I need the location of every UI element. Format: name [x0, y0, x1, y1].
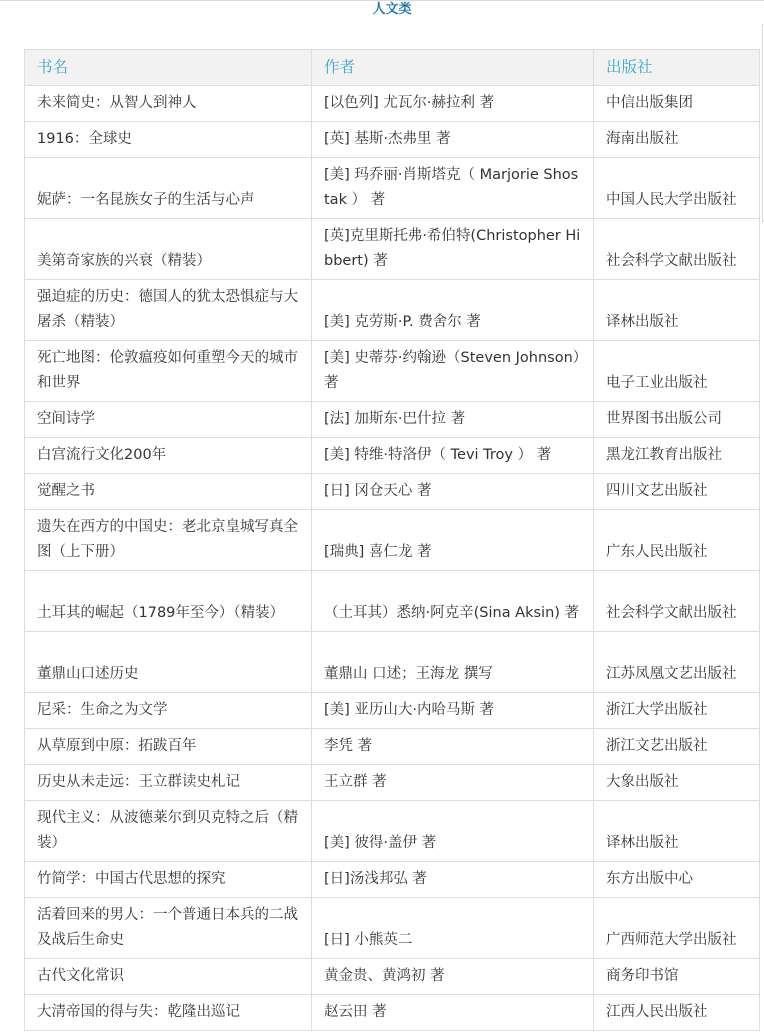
table-row: 从草原到中原：拓跋百年 李凭 著 浙江文艺出版社 [25, 729, 760, 765]
book-publisher: 译林出版社 [594, 280, 760, 341]
table-row: 古代文化常识 黄金贵、黄鸿初 著 商务印书馆 [25, 959, 760, 995]
book-author: [英] 基斯·杰弗里 著 [312, 122, 594, 158]
table-row: 尼采：生命之为文学 [美] 亚历山大·内哈马斯 著 浙江大学出版社 [25, 693, 760, 729]
header-title: 书名 [25, 50, 312, 86]
book-publisher: 商务印书馆 [594, 959, 760, 995]
book-publisher: 大象出版社 [594, 765, 760, 801]
table-row: 空间诗学 [法] 加斯东·巴什拉 著 世界图书出版公司 [25, 402, 760, 438]
book-title: 美第奇家族的兴衰（精装） [25, 219, 312, 280]
book-publisher: 黑龙江教育出版社 [594, 438, 760, 474]
table-row: 死亡地图：伦敦瘟疫如何重塑今天的城市和世界 [美] 史蒂芬·约翰逊（Steven… [25, 341, 760, 402]
book-title: 从草原到中原：拓跋百年 [25, 729, 312, 765]
section-title: 人文类 [0, 1, 764, 18]
book-author: [瑞典] 喜仁龙 著 [312, 510, 594, 571]
book-publisher: 浙江大学出版社 [594, 693, 760, 729]
book-publisher: 译林出版社 [594, 801, 760, 862]
book-title: 大清帝国的得与失：乾隆出巡记 [25, 995, 312, 1031]
book-publisher: 浙江文艺出版社 [594, 729, 760, 765]
book-author: 赵云田 著 [312, 995, 594, 1031]
book-title: 土耳其的崛起（1789年至今）（精装） [25, 571, 312, 632]
book-publisher: 电子工业出版社 [594, 341, 760, 402]
book-author: [日] 冈仓天心 著 [312, 474, 594, 510]
book-publisher: 中信出版集团 [594, 86, 760, 122]
book-title: 尼采：生命之为文学 [25, 693, 312, 729]
book-title: 古代文化常识 [25, 959, 312, 995]
table-header-row: 书名 作者 出版社 [25, 50, 760, 86]
table-row: 白宫流行文化200年 [美] 特维·特洛伊（ Tevi Troy ） 著 黑龙江… [25, 438, 760, 474]
book-publisher: 江西人民出版社 [594, 995, 760, 1031]
book-title: 竹简学：中国古代思想的探究 [25, 862, 312, 898]
table-row: 未来简史：从智人到神人 [以色列] 尤瓦尔·赫拉利 著 中信出版集团 [25, 86, 760, 122]
book-author: 王立群 著 [312, 765, 594, 801]
table-row: 美第奇家族的兴衰（精装） [英]克里斯托弗·希伯特(Christopher Hi… [25, 219, 760, 280]
book-publisher: 中国人民大学出版社 [594, 158, 760, 219]
table-row: 1916：全球史 [英] 基斯·杰弗里 著 海南出版社 [25, 122, 760, 158]
book-publisher: 社会科学文献出版社 [594, 571, 760, 632]
table-row: 遗失在西方的中国史：老北京皇城写真全图（上下册） [瑞典] 喜仁龙 著 广东人民… [25, 510, 760, 571]
header-author: 作者 [312, 50, 594, 86]
book-author: [法] 加斯东·巴什拉 著 [312, 402, 594, 438]
table-row: 土耳其的崛起（1789年至今）（精装） （土耳其）悉纳·阿克辛(Sina Aks… [25, 571, 760, 632]
book-publisher: 广东人民出版社 [594, 510, 760, 571]
table-row: 妮萨：一名昆族女子的生活与心声 [美] 玛乔丽·肖斯塔克（ Marjorie S… [25, 158, 760, 219]
book-title: 董鼎山口述历史 [25, 632, 312, 693]
table-row: 现代主义：从波德莱尔到贝克特之后（精装） [美] 彼得·盖伊 著 译林出版社 [25, 801, 760, 862]
table-row: 竹简学：中国古代思想的探究 [日]汤浅邦弘 著 东方出版中心 [25, 862, 760, 898]
book-author: [日]汤浅邦弘 著 [312, 862, 594, 898]
book-author: （土耳其）悉纳·阿克辛(Sina Aksin) 著 [312, 571, 594, 632]
table-row: 董鼎山口述历史 董鼎山 口述；王海龙 撰写 江苏凤凰文艺出版社 [25, 632, 760, 693]
book-title: 未来简史：从智人到神人 [25, 86, 312, 122]
book-author: 黄金贵、黄鸿初 著 [312, 959, 594, 995]
book-author: [美] 特维·特洛伊（ Tevi Troy ） 著 [312, 438, 594, 474]
book-author: [美] 彼得·盖伊 著 [312, 801, 594, 862]
book-author: [英]克里斯托弗·希伯特(Christopher Hibbert) 著 [312, 219, 594, 280]
book-title: 历史从未走远：王立群读史札记 [25, 765, 312, 801]
book-author: [美] 玛乔丽·肖斯塔克（ Marjorie Shostak ） 著 [312, 158, 594, 219]
book-author: [日] 小熊英二 [312, 898, 594, 959]
book-title: 强迫症的历史：德国人的犹太恐惧症与大屠杀（精装） [25, 280, 312, 341]
book-title: 现代主义：从波德莱尔到贝克特之后（精装） [25, 801, 312, 862]
book-publisher: 广西师范大学出版社 [594, 898, 760, 959]
book-publisher: 江苏凤凰文艺出版社 [594, 632, 760, 693]
table-row: 觉醒之书 [日] 冈仓天心 著 四川文艺出版社 [25, 474, 760, 510]
book-title: 1916：全球史 [25, 122, 312, 158]
book-title: 白宫流行文化200年 [25, 438, 312, 474]
book-title: 遗失在西方的中国史：老北京皇城写真全图（上下册） [25, 510, 312, 571]
books-table: 书名 作者 出版社 未来简史：从智人到神人 [以色列] 尤瓦尔·赫拉利 著 中信… [24, 49, 760, 1031]
table-row: 大清帝国的得与失：乾隆出巡记 赵云田 著 江西人民出版社 [25, 995, 760, 1031]
book-title: 觉醒之书 [25, 474, 312, 510]
book-title: 妮萨：一名昆族女子的生活与心声 [25, 158, 312, 219]
book-title: 空间诗学 [25, 402, 312, 438]
book-publisher: 东方出版中心 [594, 862, 760, 898]
book-author: 李凭 著 [312, 729, 594, 765]
book-publisher: 社会科学文献出版社 [594, 219, 760, 280]
book-title: 死亡地图：伦敦瘟疫如何重塑今天的城市和世界 [25, 341, 312, 402]
table-row: 历史从未走远：王立群读史札记 王立群 著 大象出版社 [25, 765, 760, 801]
book-author: [美] 亚历山大·内哈马斯 著 [312, 693, 594, 729]
header-publisher: 出版社 [594, 50, 760, 86]
book-author: [美] 史蒂芬·约翰逊（Steven Johnson）著 [312, 341, 594, 402]
book-publisher: 海南出版社 [594, 122, 760, 158]
table-row: 活着回来的男人：一个普通日本兵的二战及战后生命史 [日] 小熊英二 广西师范大学… [25, 898, 760, 959]
page: 人文类 书名 作者 出版社 未来简史：从智人到神人 [以色列] 尤瓦尔·赫拉利 … [0, 0, 764, 1034]
table-row: 强迫症的历史：德国人的犹太恐惧症与大屠杀（精装） [美] 克劳斯·P. 费舍尔 … [25, 280, 760, 341]
book-publisher: 世界图书出版公司 [594, 402, 760, 438]
book-author: [以色列] 尤瓦尔·赫拉利 著 [312, 86, 594, 122]
book-author: [美] 克劳斯·P. 费舍尔 著 [312, 280, 594, 341]
book-title: 活着回来的男人：一个普通日本兵的二战及战后生命史 [25, 898, 312, 959]
book-publisher: 四川文艺出版社 [594, 474, 760, 510]
book-author: 董鼎山 口述；王海龙 撰写 [312, 632, 594, 693]
